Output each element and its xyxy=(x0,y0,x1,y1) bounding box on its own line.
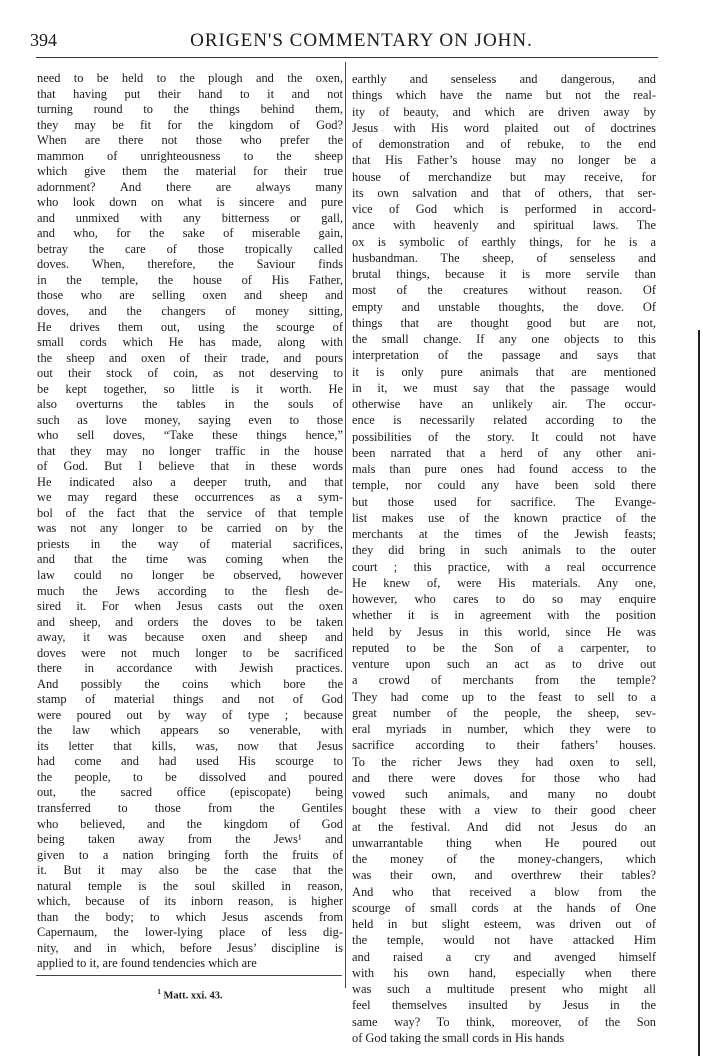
text-line: the money of the money-changers, which xyxy=(352,851,656,867)
text-line: He drives them out, using the scourge of xyxy=(37,320,343,336)
text-line: also overturns the tables in the souls o… xyxy=(37,397,343,413)
text-line: ox is symbolic of earthly things, for he… xyxy=(352,234,656,250)
text-line: ance with heavenly and spiritual laws. T… xyxy=(352,217,656,233)
running-title: ORIGEN'S COMMENTARY ON JOHN. xyxy=(0,30,703,52)
left-column: need to be held to the plough and the ox… xyxy=(37,71,343,972)
text-line: reputed to be the Son of a carpenter, to xyxy=(352,640,656,656)
text-line: court ; this practice, with a real occur… xyxy=(352,559,656,575)
text-line: natural temple is the soul skilled in re… xyxy=(37,879,343,895)
text-line: mammon of unrighteousness to the sheep xyxy=(37,149,343,165)
text-line: Jesus with His word plaited out of doctr… xyxy=(352,120,656,136)
text-line: which give them the material for their t… xyxy=(37,164,343,180)
text-line: given to a nation bringing forth the fru… xyxy=(37,848,343,864)
text-line: interpretation of the passage and says t… xyxy=(352,347,656,363)
text-line: merchants at the times of the Jewish fea… xyxy=(352,526,656,542)
text-line: in the temple, the house of His Father, xyxy=(37,273,343,289)
text-line: and there were doves for those who had xyxy=(352,770,656,786)
footnote-rule xyxy=(36,975,342,976)
footnote-text: Matt. xxi. 43. xyxy=(163,991,222,1002)
text-line: stamp of material things and not of God xyxy=(37,692,343,708)
text-line: turning round to the things behind them, xyxy=(37,102,343,118)
text-line: away, it was because oxen and sheep and xyxy=(37,630,343,646)
text-line: the law which appears so venerable, with xyxy=(37,723,343,739)
text-line: sired it. For when Jesus casts out the o… xyxy=(37,599,343,615)
column-divider xyxy=(345,62,346,988)
text-line: nity, and in which, before Jesus’ discip… xyxy=(37,941,343,957)
text-line: husbandman. The sheep, of senseless and xyxy=(352,250,656,266)
text-line: vice of God which is performed in accord… xyxy=(352,201,656,217)
text-line: its letter that kills, was, now that Jes… xyxy=(37,739,343,755)
text-line: the people, to be dissolved and poured xyxy=(37,770,343,786)
text-line: ence is necessarily related according to… xyxy=(352,412,656,428)
text-line: mals than pure ones had found access to … xyxy=(352,461,656,477)
text-line: held by Jesus in this world, since He wa… xyxy=(352,624,656,640)
text-line: the small change. If any one objects to … xyxy=(352,331,656,347)
text-line: was their own, and overthrew their table… xyxy=(352,867,656,883)
text-line: the sheep and oxen of their trade, and p… xyxy=(37,351,343,367)
text-line: held in but slight esteem, was driven ou… xyxy=(352,916,656,932)
text-line: earthly and senseless and dangerous, and xyxy=(352,71,656,87)
text-line: list makes use of the known practice of … xyxy=(352,510,656,526)
page-binding-edge xyxy=(698,330,700,1056)
text-line: that they may no longer traffic in the h… xyxy=(37,444,343,460)
text-line: who look down on what is sincere and pur… xyxy=(37,195,343,211)
text-line: Capernaum, the lower-lying place of less… xyxy=(37,925,343,941)
text-line: possibilities of the story. It could not… xyxy=(352,429,656,445)
text-line: there in accordance with Jewish practice… xyxy=(37,661,343,677)
text-line: things that are thought good but are not… xyxy=(352,315,656,331)
text-line: priests in the way of material sacrifice… xyxy=(37,537,343,553)
text-line: of God taking the small cords in His han… xyxy=(352,1030,656,1046)
text-line: of God. But I believe that in these word… xyxy=(37,459,343,475)
footnote-marker: 1 xyxy=(157,988,161,996)
text-line: be kept together, so little is it worth.… xyxy=(37,382,343,398)
text-line: who believed, and the kingdom of God xyxy=(37,817,343,833)
text-line: had come and had used His scourge to xyxy=(37,754,343,770)
text-line: which, because of its inborn reason, is … xyxy=(37,894,343,910)
text-line: and unmixed with any bitterness or gall, xyxy=(37,211,343,227)
text-line: but those used for sacrifice. The Evange… xyxy=(352,494,656,510)
text-line: doves were not much longer to be sacrifi… xyxy=(37,646,343,662)
text-line: such as love money, saying even to those xyxy=(37,413,343,429)
text-line: great number of the people, the sheep, s… xyxy=(352,705,656,721)
text-line: and that the time was coming when the xyxy=(37,552,343,568)
text-line: they may be fit for the kingdom of God? xyxy=(37,118,343,134)
text-line: most of the creatures without reason. Of xyxy=(352,282,656,298)
text-line: bol of the fact that the service of that… xyxy=(37,506,343,522)
text-line: that His Father’s house may no longer be… xyxy=(352,152,656,168)
text-line: at the festival. And did not Jesus do an xyxy=(352,819,656,835)
text-line: things which have the name but not the r… xyxy=(352,87,656,103)
text-line: those who are selling oxen and sheep and xyxy=(37,288,343,304)
text-line: same way? To think, moreover, of the Son xyxy=(352,1014,656,1030)
text-line: And who that received a blow from the xyxy=(352,884,656,900)
text-line: scourge of small cords at the hands of O… xyxy=(352,900,656,916)
text-line: we may regard these occurrences as a sym… xyxy=(37,490,343,506)
text-line: doves, and the changers of money sitting… xyxy=(37,304,343,320)
header-rule xyxy=(36,57,658,58)
text-line: and who, for the sake of miserable gain, xyxy=(37,226,343,242)
text-line: been narrated that a herd of any other a… xyxy=(352,445,656,461)
text-line: out, the sacred office (episcopate) bein… xyxy=(37,785,343,801)
right-column: earthly and senseless and dangerous, and… xyxy=(352,71,656,1046)
text-line: of demonstration and of rebuke, to the e… xyxy=(352,136,656,152)
text-line: vowed such animals, and many no doubt xyxy=(352,786,656,802)
text-line: To the richer Jews they had oxen to sell… xyxy=(352,754,656,770)
footnote: 1 Matt. xxi. 43. xyxy=(0,988,380,1002)
text-line: with his own hand, especially when there xyxy=(352,965,656,981)
text-line: it. But it may also be the case that the xyxy=(37,863,343,879)
text-line: bought these with a view to their good c… xyxy=(352,802,656,818)
text-line: house of merchandize but may receive, fo… xyxy=(352,169,656,185)
text-line: need to be held to the plough and the ox… xyxy=(37,71,343,87)
text-line: that having put their hand to it and not xyxy=(37,87,343,103)
text-line: the temple, would not have attacked Him xyxy=(352,932,656,948)
text-line: its own salvation and that of others, th… xyxy=(352,185,656,201)
text-line: And possibly the coins which bore the xyxy=(37,677,343,693)
text-line: brutal things, because it is more servil… xyxy=(352,266,656,282)
text-line: and sheep, and orders the doves to be ta… xyxy=(37,615,343,631)
text-line: feel themselves insulted by Jesus in the xyxy=(352,997,656,1013)
text-line: out their stock of coin, as not deservin… xyxy=(37,366,343,382)
text-line: ity of beauty, and which are driven away… xyxy=(352,104,656,120)
text-line: however, who cares to do so may enquire xyxy=(352,591,656,607)
text-line: adornment? And there are always many xyxy=(37,180,343,196)
text-line: He knew of, were His materials. Any one, xyxy=(352,575,656,591)
text-line: it is only pure animals that are mention… xyxy=(352,364,656,380)
text-line: they did bring in such animals to the ou… xyxy=(352,542,656,558)
text-line: were poured out by way of type ; because xyxy=(37,708,343,724)
text-line: than the body; to which Jesus ascends fr… xyxy=(37,910,343,926)
text-line: eral myriads in number, which they were … xyxy=(352,721,656,737)
text-line: was not any longer to be carried on by t… xyxy=(37,521,343,537)
text-line: unwarrantable thing when He poured out xyxy=(352,835,656,851)
text-line: small cords which He has made, along wit… xyxy=(37,335,343,351)
text-line: whether it is in agreement with the posi… xyxy=(352,607,656,623)
text-line: He indicated also a deeper truth, and th… xyxy=(37,475,343,491)
text-line: in it, we must say that the passage woul… xyxy=(352,380,656,396)
text-line: otherwise have an unlikely air. The occu… xyxy=(352,396,656,412)
text-line: a crowd of merchants from the temple? xyxy=(352,672,656,688)
text-line: venture upon such an act as to drive out xyxy=(352,656,656,672)
text-line: being taken away from the Jews¹ and xyxy=(37,832,343,848)
text-line: law could no longer be observed, however xyxy=(37,568,343,584)
text-line: doves. When, therefore, the Saviour find… xyxy=(37,257,343,273)
text-line: transferred to those from the Gentiles xyxy=(37,801,343,817)
text-line: temple, nor could any have been sold the… xyxy=(352,477,656,493)
text-line: applied to it, are found tendencies whic… xyxy=(37,956,343,972)
text-line: who sell doves, “Take these things hence… xyxy=(37,428,343,444)
text-line: betray the care of those tropically call… xyxy=(37,242,343,258)
text-line: was such a multitude present who might a… xyxy=(352,981,656,997)
text-line: much the Jews according to the flesh de- xyxy=(37,584,343,600)
text-line: empty and unstable thoughts, the dove. O… xyxy=(352,299,656,315)
text-line: They had come up to the feast to sell to… xyxy=(352,689,656,705)
text-line: sacrifice according to their fathers’ ho… xyxy=(352,737,656,753)
text-line: When are there not those who prefer the xyxy=(37,133,343,149)
text-line: and raised a cry and avenged himself xyxy=(352,949,656,965)
